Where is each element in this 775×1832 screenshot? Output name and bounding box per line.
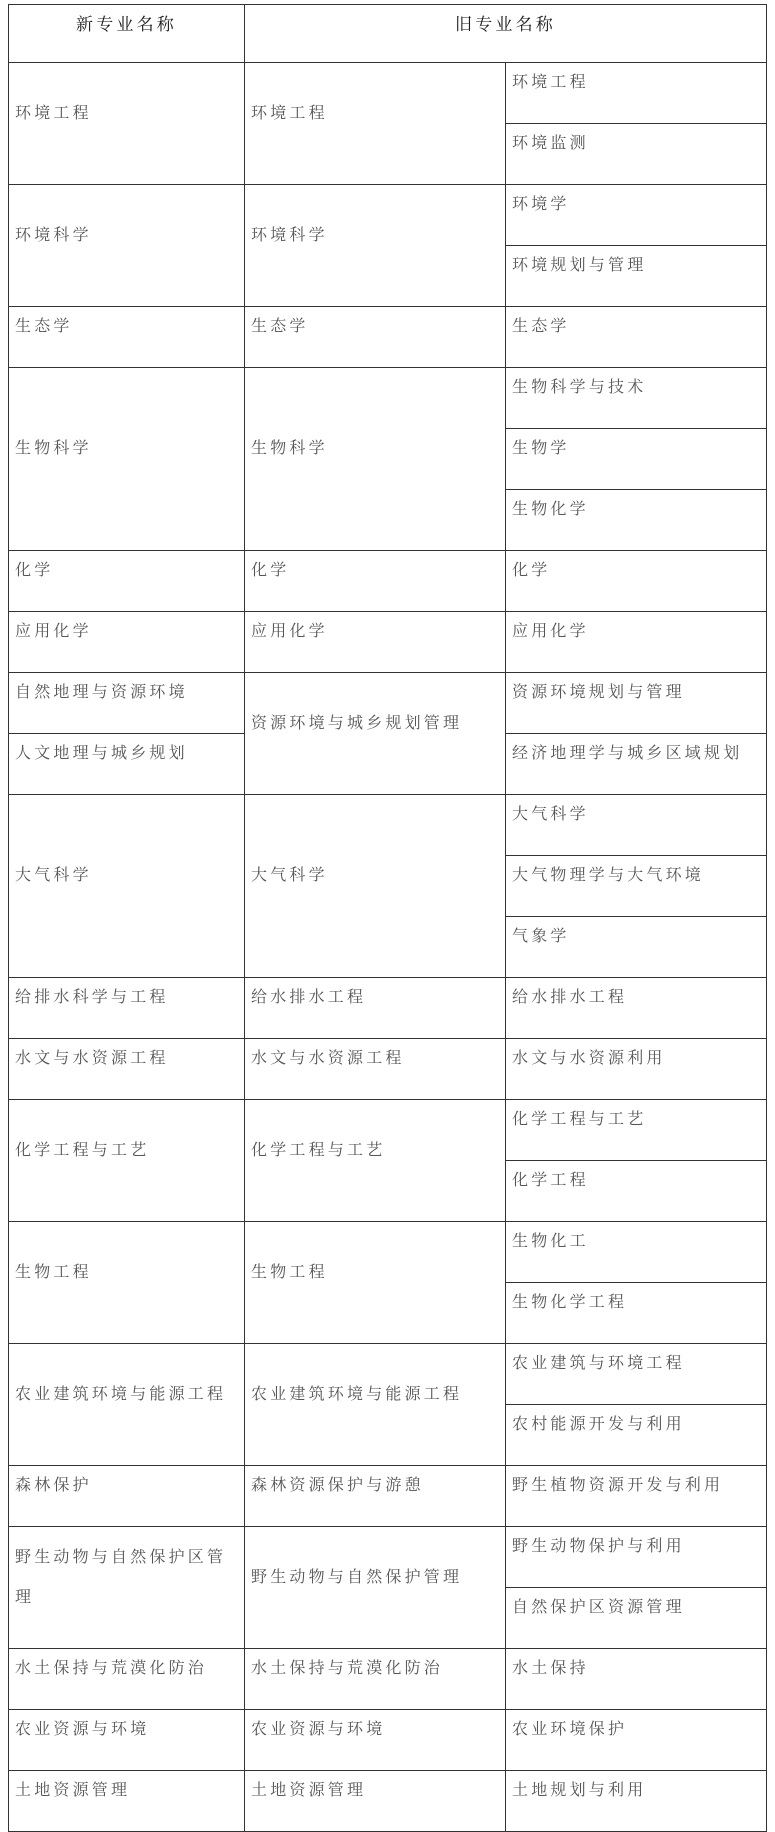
cell-old-sub-name: 农业建筑与环境工程 (506, 1344, 767, 1405)
cell-new-major-name: 环境科学 (9, 185, 245, 307)
cell-old-sub-name: 化学 (506, 551, 767, 612)
cell-new-major-name: 大气科学 (9, 795, 245, 978)
cell-new-major-name: 森林保护 (9, 1466, 245, 1527)
cell-old-sub-name: 应用化学 (506, 612, 767, 673)
cell-old-sub-name: 农业环境保护 (506, 1710, 767, 1771)
table-row: 化学工程与工艺化学工程与工艺化学工程与工艺 (9, 1100, 767, 1161)
table-row: 森林保护森林资源保护与游憩野生植物资源开发与利用 (9, 1466, 767, 1527)
cell-new-major-name: 自然地理与资源环境 (9, 673, 245, 734)
table-row: 生物工程生物工程生物化工 (9, 1222, 767, 1283)
cell-new-major-name: 化学 (9, 551, 245, 612)
table-row: 大气科学大气科学大气科学 (9, 795, 767, 856)
cell-old-major-name: 农业建筑环境与能源工程 (245, 1344, 506, 1466)
cell-new-major-name: 生态学 (9, 307, 245, 368)
cell-old-sub-name: 大气科学 (506, 795, 767, 856)
cell-old-sub-name: 生态学 (506, 307, 767, 368)
cell-old-major-name: 水文与水资源工程 (245, 1039, 506, 1100)
cell-old-major-name: 环境科学 (245, 185, 506, 307)
cell-old-sub-name: 生物化工 (506, 1222, 767, 1283)
cell-old-major-name: 资源环境与城乡规划管理 (245, 673, 506, 795)
cell-old-major-name: 给水排水工程 (245, 978, 506, 1039)
cell-old-sub-name: 农村能源开发与利用 (506, 1405, 767, 1466)
table-row: 野生动物与自然保护区管理野生动物与自然保护管理野生动物保护与利用 (9, 1527, 767, 1588)
table-row: 水土保持与荒漠化防治水土保持与荒漠化防治水土保持 (9, 1649, 767, 1710)
cell-old-sub-name: 生物科学与技术 (506, 368, 767, 429)
table-row: 自然地理与资源环境资源环境与城乡规划管理资源环境规划与管理 (9, 673, 767, 734)
cell-old-major-name: 森林资源保护与游憩 (245, 1466, 506, 1527)
table-body: 环境工程环境工程环境工程环境监测环境科学环境科学环境学环境规划与管理生态学生态学… (9, 63, 767, 1832)
cell-old-major-name: 化学工程与工艺 (245, 1100, 506, 1222)
cell-old-sub-name: 气象学 (506, 917, 767, 978)
cell-old-sub-name: 环境学 (506, 185, 767, 246)
table-row: 应用化学应用化学应用化学 (9, 612, 767, 673)
cell-old-major-name: 生物科学 (245, 368, 506, 551)
cell-old-sub-name: 野生植物资源开发与利用 (506, 1466, 767, 1527)
cell-new-major-name: 土地资源管理 (9, 1771, 245, 1832)
cell-old-sub-name: 经济地理学与城乡区域规划 (506, 734, 767, 795)
cell-new-major-name: 水土保持与荒漠化防治 (9, 1649, 245, 1710)
cell-old-major-name: 野生动物与自然保护管理 (245, 1527, 506, 1649)
cell-old-sub-name: 资源环境规划与管理 (506, 673, 767, 734)
cell-new-major-name: 水文与水资源工程 (9, 1039, 245, 1100)
cell-old-major-name: 环境工程 (245, 63, 506, 185)
major-mapping-table: 新专业名称 旧专业名称 环境工程环境工程环境工程环境监测环境科学环境科学环境学环… (8, 4, 767, 1832)
header-row: 新专业名称 旧专业名称 (9, 5, 767, 63)
cell-old-sub-name: 化学工程 (506, 1161, 767, 1222)
cell-new-major-name: 人文地理与城乡规划 (9, 734, 245, 795)
cell-old-sub-name: 生物学 (506, 429, 767, 490)
cell-old-sub-name: 给水排水工程 (506, 978, 767, 1039)
cell-old-sub-name: 土地规划与利用 (506, 1771, 767, 1832)
cell-new-major-name: 应用化学 (9, 612, 245, 673)
cell-old-sub-name: 自然保护区资源管理 (506, 1588, 767, 1649)
cell-old-major-name: 应用化学 (245, 612, 506, 673)
cell-new-major-name: 环境工程 (9, 63, 245, 185)
table-row: 生态学生态学生态学 (9, 307, 767, 368)
cell-old-sub-name: 生物化学工程 (506, 1283, 767, 1344)
cell-old-sub-name: 环境监测 (506, 124, 767, 185)
cell-new-major-name: 给排水科学与工程 (9, 978, 245, 1039)
table-row: 环境工程环境工程环境工程 (9, 63, 767, 124)
cell-old-major-name: 生态学 (245, 307, 506, 368)
cell-old-major-name: 农业资源与环境 (245, 1710, 506, 1771)
cell-old-major-name: 水土保持与荒漠化防治 (245, 1649, 506, 1710)
table-row: 农业资源与环境农业资源与环境农业环境保护 (9, 1710, 767, 1771)
cell-new-major-name: 野生动物与自然保护区管理 (9, 1527, 245, 1649)
table-row: 给排水科学与工程给水排水工程给水排水工程 (9, 978, 767, 1039)
cell-new-major-name: 农业建筑环境与能源工程 (9, 1344, 245, 1466)
table-row: 生物科学生物科学生物科学与技术 (9, 368, 767, 429)
table-row: 农业建筑环境与能源工程农业建筑环境与能源工程农业建筑与环境工程 (9, 1344, 767, 1405)
cell-old-sub-name: 环境规划与管理 (506, 246, 767, 307)
cell-new-major-name: 生物科学 (9, 368, 245, 551)
cell-old-sub-name: 水文与水资源利用 (506, 1039, 767, 1100)
table-row: 环境科学环境科学环境学 (9, 185, 767, 246)
cell-old-sub-name: 水土保持 (506, 1649, 767, 1710)
table-row: 化学化学化学 (9, 551, 767, 612)
header-old-major: 旧专业名称 (245, 5, 767, 63)
cell-old-sub-name: 化学工程与工艺 (506, 1100, 767, 1161)
cell-new-major-name: 农业资源与环境 (9, 1710, 245, 1771)
cell-old-sub-name: 大气物理学与大气环境 (506, 856, 767, 917)
cell-old-major-name: 大气科学 (245, 795, 506, 978)
cell-old-major-name: 生物工程 (245, 1222, 506, 1344)
cell-new-major-name: 化学工程与工艺 (9, 1100, 245, 1222)
table-header: 新专业名称 旧专业名称 (9, 5, 767, 63)
cell-old-sub-name: 野生动物保护与利用 (506, 1527, 767, 1588)
cell-old-major-name: 化学 (245, 551, 506, 612)
table-row: 土地资源管理土地资源管理土地规划与利用 (9, 1771, 767, 1832)
cell-new-major-name: 生物工程 (9, 1222, 245, 1344)
cell-old-sub-name: 环境工程 (506, 63, 767, 124)
header-new-major: 新专业名称 (9, 5, 245, 63)
cell-old-major-name: 土地资源管理 (245, 1771, 506, 1832)
table-row: 水文与水资源工程水文与水资源工程水文与水资源利用 (9, 1039, 767, 1100)
cell-old-sub-name: 生物化学 (506, 490, 767, 551)
